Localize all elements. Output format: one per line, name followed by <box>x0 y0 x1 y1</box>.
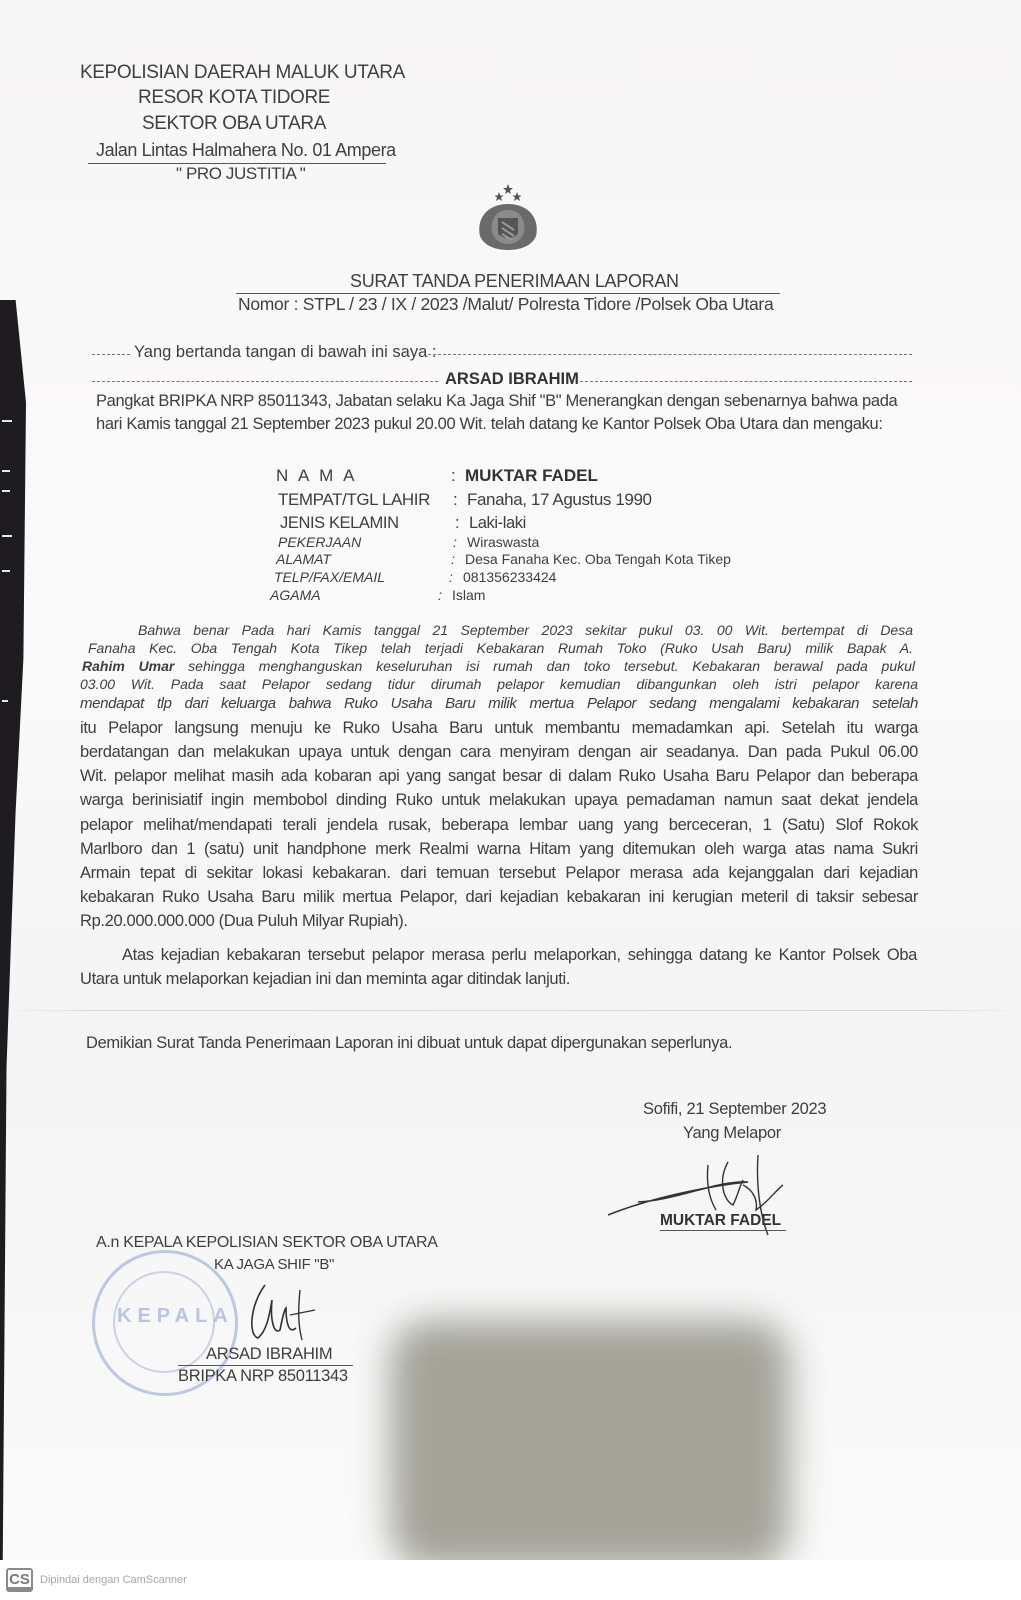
narrative-line: Marlboro dan 1 (satu) unit handphone mer… <box>80 840 918 859</box>
signature-icon <box>240 1280 320 1350</box>
field-label: ALAMAT <box>276 551 451 567</box>
narrative-line: Wit. pelapor melihat masih ada kobaran a… <box>80 767 918 786</box>
narrative-text: Marlboro dan 1 (satu) unit handphone mer… <box>80 840 918 859</box>
field-colon: : <box>449 569 463 585</box>
police-emblem-icon <box>468 182 548 254</box>
field-agama: AGAMA : Islam <box>270 587 485 603</box>
field-jenis-kelamin: JENIS KELAMIN : Laki-laki <box>280 514 526 533</box>
field-colon: : <box>453 490 467 510</box>
reporter-name: MUKTAR FADEL <box>660 1212 781 1230</box>
dash-leader <box>92 381 438 382</box>
narrative-line: Fanaha Kec. Oba Tengah Kota Tikep telah … <box>88 640 913 656</box>
header-line-3: SEKTOR OBA UTARA <box>142 113 326 135</box>
field-value: Laki-laki <box>469 514 526 533</box>
edge-mark <box>2 535 12 537</box>
narrative-text: Fanaha Kec. Oba Tengah Kota Tikep telah … <box>88 640 913 656</box>
field-label: N A M A <box>276 466 451 486</box>
narrative-text: Rp.20.000.000.000 (Dua Puluh Milyar Rupi… <box>80 912 408 930</box>
header-pro-justitia: " PRO JUSTITIA " <box>176 164 305 184</box>
field-pekerjaan: PEKERJAAN : Wiraswasta <box>278 534 539 550</box>
dash-leader <box>92 354 130 355</box>
field-nama: N A M A : MUKTAR FADEL <box>276 466 598 486</box>
field-value: Fanaha, 17 Agustus 1990 <box>467 490 652 510</box>
narrative-line: kebakaran Ruko Usaha Baru milik mertua P… <box>80 888 918 907</box>
narrative-line: 03.00 Wit. Pada saat Pelapor sedang tidu… <box>80 676 918 692</box>
narrative-text: 03.00 Wit. Pada saat Pelapor sedang tidu… <box>80 676 918 692</box>
header-line-1: KEPOLISIAN DAERAH MALUK UTARA <box>80 62 405 84</box>
field-value: 081356233424 <box>463 569 556 585</box>
field-label: TEMPAT/TGL LAHIR <box>278 490 453 510</box>
field-colon: : <box>438 587 452 603</box>
officer-on-behalf: A.n KEPALA KEPOLISIAN SEKTOR OBA UTARA <box>96 1234 438 1252</box>
intro-line-4: hari Kamis tanggal 21 September 2023 puk… <box>96 415 883 434</box>
narrative-line: itu Pelapor langsung menuju ke Ruko Usah… <box>80 719 918 738</box>
paper-fold <box>0 1010 1021 1011</box>
intro-line-3: Pangkat BRIPKA NRP 85011343, Jabatan sel… <box>96 392 897 411</box>
narrative-line: Rahim Umar sehingga menghanguskan keselu… <box>82 658 915 674</box>
closing-text: Atas kejadian kebakaran tersebut pelapor… <box>122 946 917 965</box>
edge-mark <box>2 470 10 472</box>
field-tempat-tgl-lahir: TEMPAT/TGL LAHIR : Fanaha, 17 Agustus 19… <box>278 490 652 510</box>
field-colon: : <box>453 534 467 550</box>
field-value: Desa Fanaha Kec. Oba Tengah Kota Tikep <box>465 551 731 567</box>
header-address: Jalan Lintas Halmahera No. 01 Ampera <box>96 140 396 161</box>
narrative-text: itu Pelapor langsung menuju ke Ruko Usah… <box>80 719 918 738</box>
edge-mark <box>2 490 10 492</box>
narrative-text: warga berinisiatif ingin membobol dindin… <box>80 791 918 810</box>
field-label: TELP/FAX/EMAIL <box>274 569 449 585</box>
narrative-text: Wit. pelapor melihat masih ada kobaran a… <box>80 767 918 786</box>
edge-mark <box>2 420 12 422</box>
field-label: AGAMA <box>270 587 438 603</box>
officer-position: KA JAGA SHIF "B" <box>214 1256 334 1273</box>
signature-rule <box>660 1230 786 1231</box>
edge-mark <box>2 700 8 702</box>
closing-line-1: Atas kejadian kebakaran tersebut pelapor… <box>122 946 917 965</box>
field-label: JENIS KELAMIN <box>280 514 455 533</box>
narrative-line: Armain tepat di sekitar lokasi kebakaran… <box>80 864 918 883</box>
field-value: Islam <box>452 587 485 603</box>
narrative-text: Bahwa benar Pada hari Kamis tanggal 21 S… <box>138 622 913 638</box>
field-label: PEKERJAAN <box>278 534 453 550</box>
field-alamat: ALAMAT : Desa Fanaha Kec. Oba Tengah Kot… <box>276 551 731 567</box>
stamp-text: KEPALA <box>117 1305 234 1328</box>
narrative-text: kebakaran Ruko Usaha Baru milik mertua P… <box>80 888 918 907</box>
narrative-text: mendapat tlp dari keluarga bahwa Ruko Us… <box>80 695 918 712</box>
dash-leader <box>428 354 912 355</box>
field-value: Wiraswasta <box>467 534 539 550</box>
field-colon: : <box>451 466 465 486</box>
intro-line-1: Yang bertanda tangan di bawah ini saya : <box>134 343 436 362</box>
document-title: SURAT TANDA PENERIMAAN LAPORAN <box>350 271 679 292</box>
narrative-line: berdatangan dan melakukan upaya untuk de… <box>80 743 918 762</box>
place-date: Sofifi, 21 September 2023 <box>643 1100 826 1119</box>
narrative-text: Armain tepat di sekitar lokasi kebakaran… <box>80 864 918 883</box>
final-statement: Demikian Surat Tanda Penerimaan Laporan … <box>86 1034 732 1053</box>
narrative-line: pelapor melihat/mendapati terali jendela… <box>80 816 918 835</box>
narrative-text: berdatangan dan melakukan upaya untuk de… <box>80 743 918 762</box>
field-value: MUKTAR FADEL <box>465 466 598 486</box>
camscanner-caption: Dipindai dengan CamScanner <box>40 1574 187 1586</box>
camscanner-logo-icon: CS <box>6 1568 33 1592</box>
document-number: Nomor : STPL / 23 / IX / 2023 /Malut/ Po… <box>238 294 773 315</box>
narrative-text: Rahim Umar sehingga menghanguskan keselu… <box>82 658 915 674</box>
field-colon: : <box>451 551 465 567</box>
officer-name-signed: ARSAD IBRAHIM <box>206 1345 332 1364</box>
dash-leader <box>580 381 912 382</box>
narrative-line: mendapat tlp dari keluarga bahwa Ruko Us… <box>80 695 918 712</box>
narrative-line: warga berinisiatif ingin membobol dindin… <box>80 791 918 810</box>
field-colon: : <box>455 514 469 533</box>
officer-rank: BRIPKA NRP 85011343 <box>178 1367 348 1386</box>
narrative-text: pelapor melihat/mendapati terali jendela… <box>80 816 918 835</box>
officer-name: ARSAD IBRAHIM <box>445 370 579 389</box>
edge-mark <box>2 570 10 572</box>
closing-line-2: Utara untuk melaporkan kejadian ini dan … <box>80 970 570 989</box>
photo-shadow <box>390 1320 790 1570</box>
owner-name: Rahim Umar <box>82 658 174 674</box>
field-telp: TELP/FAX/EMAIL : 081356233424 <box>274 569 556 585</box>
narrative-line: Rp.20.000.000.000 (Dua Puluh Milyar Rupi… <box>80 912 408 931</box>
signature-rule <box>178 1365 353 1366</box>
narrative-line: Bahwa benar Pada hari Kamis tanggal 21 S… <box>138 622 913 638</box>
header-line-2: RESOR KOTA TIDORE <box>138 87 330 109</box>
